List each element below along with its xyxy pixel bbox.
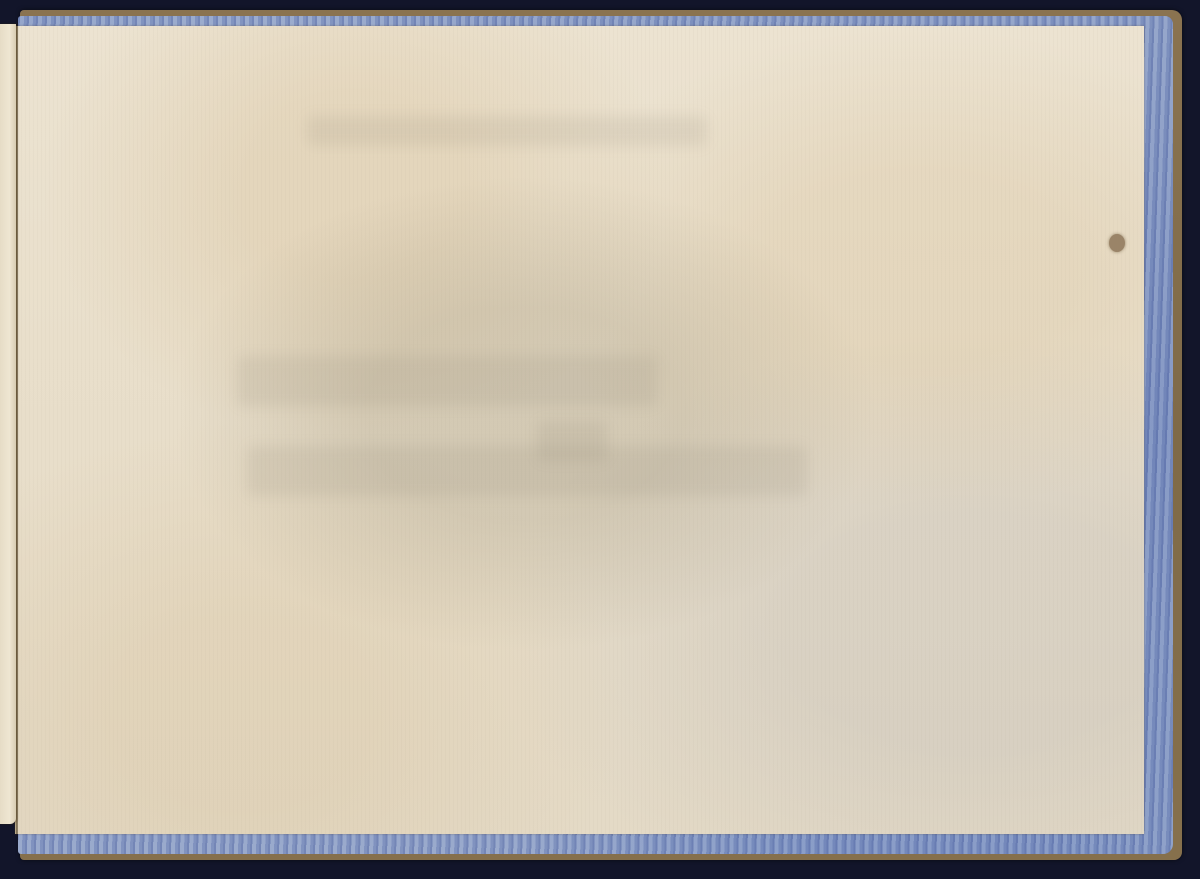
bleed-through-mark bbox=[537, 421, 607, 461]
facing-page-edge bbox=[0, 24, 16, 824]
photograph bbox=[0, 0, 1200, 879]
binding-gutter bbox=[16, 26, 18, 834]
bleed-through-mark bbox=[247, 446, 807, 496]
blank-page bbox=[15, 26, 1144, 834]
bleed-through-mark bbox=[307, 116, 707, 146]
bleed-through-mark bbox=[237, 356, 657, 406]
stain-spot bbox=[1109, 234, 1125, 252]
